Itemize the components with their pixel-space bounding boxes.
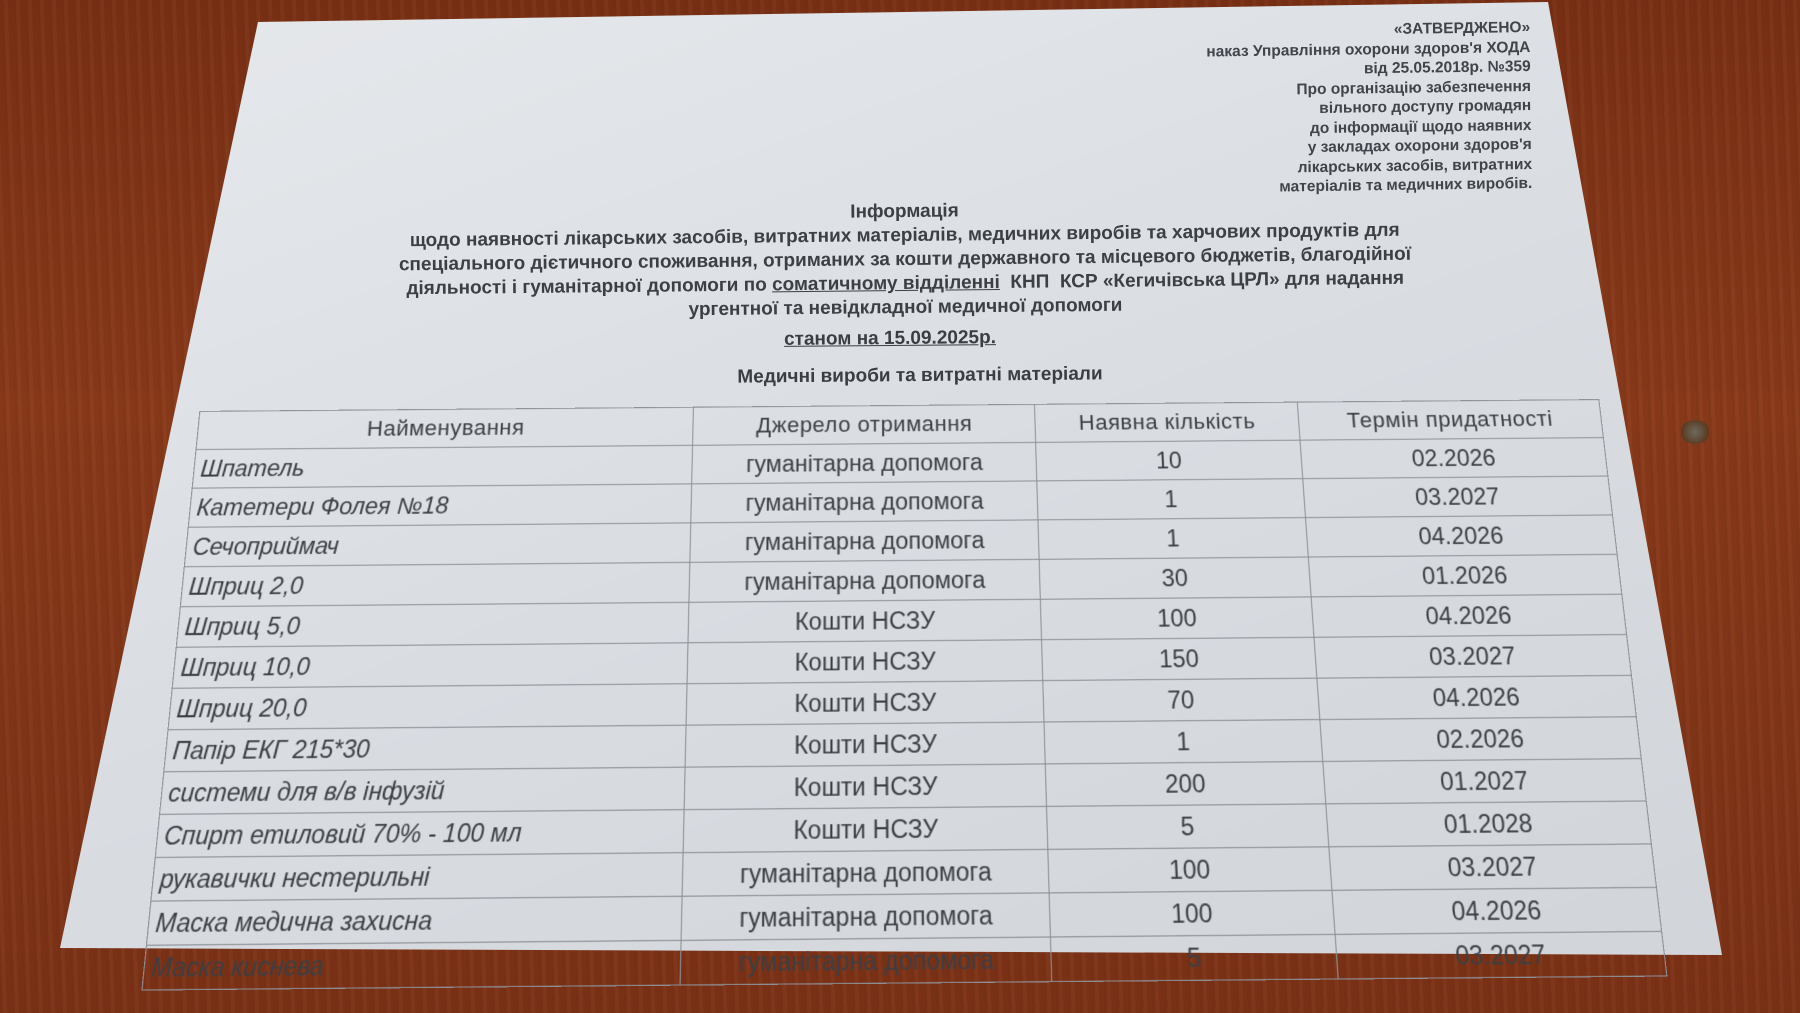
- cell-expiry: 04.2026: [1332, 887, 1662, 934]
- cell-expiry: 03.2027: [1335, 931, 1667, 979]
- cell-name: рукавички нестерильні: [151, 853, 684, 901]
- approval-stamp-block: «ЗАТВЕРДЖЕНО» наказ Управління охорони з…: [1040, 18, 1532, 200]
- table-title: Медичні вироби та витратні матеріали: [560, 362, 1280, 390]
- cell-quantity: 150: [1042, 637, 1317, 680]
- cell-name: Шприц 2,0: [180, 562, 690, 606]
- cell-quantity: 100: [1040, 597, 1314, 640]
- cell-expiry: 02.2026: [1300, 438, 1608, 479]
- report-date: станом на 15.09.2025р.: [620, 326, 1160, 353]
- cell-quantity: 1: [1044, 720, 1323, 764]
- cell-name: Спирт етиловий 70% - 100 мл: [155, 810, 684, 858]
- cell-quantity: 1: [1037, 479, 1306, 520]
- cell-source: Кошти НСЗУ: [684, 806, 1048, 852]
- cell-expiry: 03.2027: [1303, 476, 1613, 518]
- cell-quantity: 100: [1048, 847, 1332, 893]
- cell-quantity: 10: [1036, 440, 1303, 481]
- cell-name: Сечоприймач: [184, 523, 691, 567]
- cell-quantity: 5: [1047, 804, 1329, 850]
- cell-name: Маска медична захисна: [146, 896, 682, 945]
- department-name: соматичному відділенні: [772, 272, 1000, 295]
- column-header-source: Джерело отримання: [693, 404, 1036, 445]
- cell-expiry: 04.2026: [1317, 675, 1636, 719]
- cell-name: Шприц 10,0: [172, 643, 688, 688]
- cell-expiry: 04.2026: [1306, 515, 1618, 557]
- column-header-name: Найменування: [196, 407, 694, 449]
- cell-source: гуманітарна допомога: [682, 893, 1051, 940]
- heading-text: КНП КСР «Кегичівська ЦРЛ» для надання: [1000, 268, 1404, 293]
- cell-quantity: 30: [1039, 557, 1311, 599]
- cell-source: гуманітарна допомога: [683, 849, 1050, 896]
- cell-source: гуманітарна допомога: [690, 520, 1039, 562]
- cell-name: системи для в/в інфузій: [160, 767, 686, 814]
- cell-quantity: 5: [1050, 934, 1338, 981]
- cell-expiry: 03.2027: [1314, 635, 1631, 679]
- table-container: Найменування Джерело отримання Наявна кі…: [141, 399, 1667, 991]
- cell-expiry: 01.2026: [1308, 554, 1621, 597]
- items-table: Найменування Джерело отримання Наявна кі…: [141, 399, 1667, 991]
- cell-source: гуманітарна допомога: [689, 559, 1040, 602]
- cell-quantity: 70: [1043, 678, 1320, 722]
- document: «ЗАТВЕРДЖЕНО» наказ Управління охорони з…: [0, 0, 1800, 1013]
- cell-quantity: 1: [1038, 518, 1308, 560]
- heading-text: діяльності і гуманітарної допомоги по: [406, 274, 772, 299]
- cell-source: гуманітарна допомога: [691, 481, 1038, 523]
- table-body: Шпательгуманітарна допомога1002.2026Кате…: [142, 438, 1667, 990]
- cell-source: гуманітарна допомога: [692, 442, 1037, 483]
- cell-source: Кошти НСЗУ: [685, 764, 1047, 810]
- cell-name: Шприц 5,0: [176, 602, 689, 647]
- cell-name: Маска киснева: [142, 940, 682, 990]
- cell-name: Папір ЕКГ 215*30: [164, 725, 687, 772]
- cell-expiry: 01.2028: [1326, 801, 1651, 847]
- cell-name: Шпатель: [192, 445, 693, 488]
- cell-expiry: 03.2027: [1329, 844, 1656, 890]
- column-header-expiry: Термін придатності: [1297, 400, 1603, 441]
- cell-expiry: 01.2027: [1323, 759, 1646, 804]
- cell-quantity: 100: [1049, 890, 1335, 937]
- column-header-quantity: Наявна кількість: [1035, 402, 1301, 442]
- cell-source: Кошти НСЗУ: [686, 722, 1046, 767]
- cell-source: Кошти НСЗУ: [688, 640, 1043, 684]
- cell-name: Шприц 20,0: [168, 684, 688, 730]
- cell-name: Катетери Фолея №18: [188, 484, 692, 527]
- cell-source: Кошти НСЗУ: [687, 681, 1044, 726]
- cell-source: Кошти НСЗУ: [688, 599, 1041, 643]
- cell-expiry: 04.2026: [1311, 594, 1626, 637]
- cell-quantity: 200: [1045, 761, 1326, 806]
- document-heading: Інформація щодо наявності лікарських зас…: [269, 193, 1540, 326]
- cell-expiry: 02.2026: [1320, 717, 1641, 762]
- cell-source: гуманітарна допомога: [681, 937, 1052, 985]
